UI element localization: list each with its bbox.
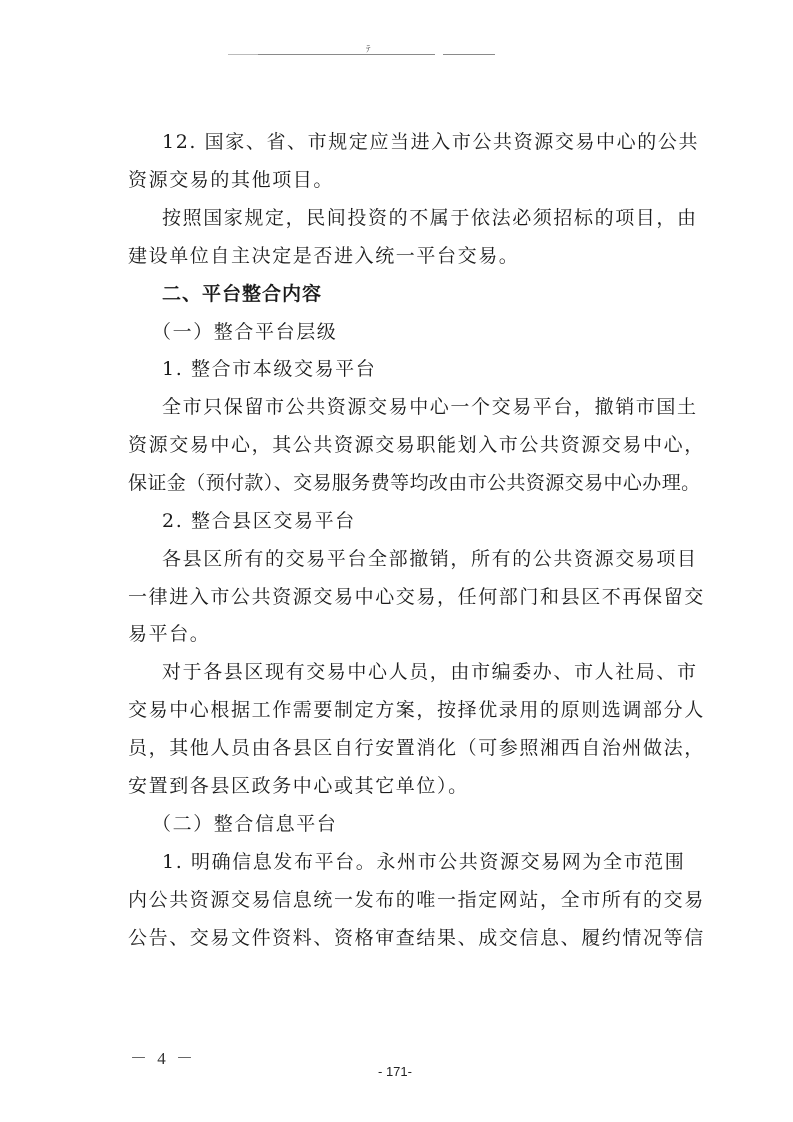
paragraph-info-platform-cont: 公告、交易文件资料、资格审查结果、成交信息、履约情况等信 bbox=[128, 926, 718, 950]
subsection-heading-1: （一）整合平台层级 bbox=[152, 320, 742, 344]
paragraph-staff-cont: 安置到各县区政务中心或其它单位）。 bbox=[128, 774, 718, 798]
header-rule-segment bbox=[345, 54, 435, 55]
paragraph-staff-cont: 交易中心根据工作需要制定方案，按择优录用的原则选调部分人 bbox=[128, 698, 718, 722]
paragraph-info-platform-cont: 内公共资源交易信息统一发布的唯一指定网站，全市所有的交易 bbox=[128, 888, 718, 912]
page-number: － 4 － bbox=[130, 1044, 196, 1069]
paragraph-item-12: 12. 国家、省、市规定应当进入市公共资源交易中心的公共 bbox=[162, 130, 752, 154]
header-mark: ﾃ bbox=[366, 42, 371, 55]
paragraph-city-level-cont: 保证金（预付款）、交易服务费等均改由市公共资源交易中心办理。 bbox=[128, 471, 718, 495]
paragraph-county-level: 各县区所有的交易平台全部撤销，所有的公共资源交易项目 bbox=[162, 547, 752, 571]
header-rule-segment bbox=[228, 54, 258, 55]
item-heading-city-level: 1. 整合市本级交易平台 bbox=[162, 357, 752, 381]
sequence-number: - 171- bbox=[378, 1064, 412, 1079]
paragraph-county-level-cont: 易平台。 bbox=[128, 622, 718, 646]
paragraph-info-platform: 1. 明确信息发布平台。永州市公共资源交易网为全市范围 bbox=[162, 850, 752, 874]
paragraph-staff-cont: 员，其他人员由各县区自行安置消化（可参照湘西自治州做法， bbox=[128, 736, 718, 760]
header-rule-segment bbox=[443, 54, 495, 55]
paragraph-private-investment: 按照国家规定，民间投资的不属于依法必须招标的项目，由 bbox=[162, 206, 752, 230]
section-heading-2: 二、平台整合内容 bbox=[162, 282, 752, 306]
paragraph-private-investment-cont: 建设单位自主决定是否进入统一平台交易。 bbox=[128, 244, 718, 268]
paragraph-staff: 对于各县区现有交易中心人员，由市编委办、市人社局、市 bbox=[162, 660, 752, 684]
paragraph-item-12-cont: 资源交易的其他项目。 bbox=[128, 168, 718, 192]
paragraph-city-level-cont: 资源交易中心，其公共资源交易职能划入市公共资源交易中心， bbox=[128, 433, 718, 457]
item-heading-county-level: 2. 整合县区交易平台 bbox=[162, 509, 752, 533]
document-page: ﾃ 12. 国家、省、市规定应当进入市公共资源交易中心的公共 资源交易的其他项目… bbox=[0, 0, 793, 1122]
paragraph-city-level: 全市只保留市公共资源交易中心一个交易平台，撤销市国土 bbox=[162, 395, 752, 419]
subsection-heading-2: （二）整合信息平台 bbox=[152, 812, 742, 836]
paragraph-county-level-cont: 一律进入市公共资源交易中心交易，任何部门和县区不再保留交 bbox=[128, 585, 718, 609]
